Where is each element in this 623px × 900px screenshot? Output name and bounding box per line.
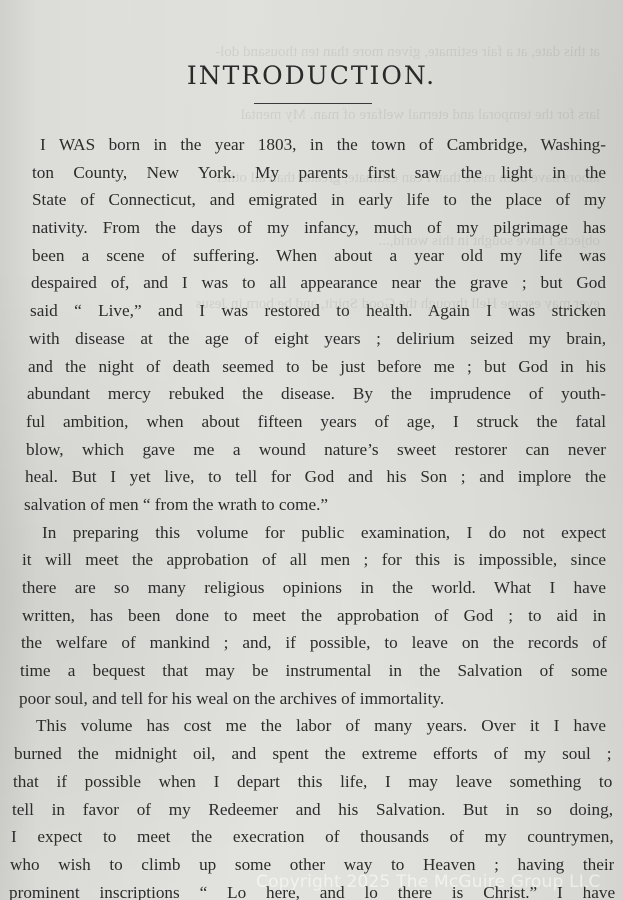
text-line: salvation of men “ from the wrath to com… [24,491,606,519]
page-title: INTRODUCTION. [0,61,623,90]
text-line: nativity. From the days of my infancy, m… [32,214,606,242]
text-line: written, has been done to meet the appro… [22,602,606,630]
text-line: State of Connecticut, and emigrated in e… [32,186,606,214]
text-line: blow, which gave me a wound nature’s swe… [26,436,606,464]
text-line: burned the midnight oil, and spent the e… [14,740,612,768]
text-line: heal. But I yet live, to tell for God an… [25,463,606,491]
text-line: been a scene of suffering. When about a … [32,242,606,270]
text-line: poor soul, and tell for his weal on the … [19,685,608,713]
text-line: it will meet the approbation of all men … [22,546,606,574]
text-line: I WAS born in the year 1803, in the town… [40,131,606,159]
text-line: abundant mercy rebuked the disease. By t… [27,380,606,408]
body-text: I WAS born in the year 1803, in the town… [22,131,606,900]
text-line: there are so many religious opinions in … [22,574,606,602]
title-divider [254,103,372,104]
text-line: time a bequest that may be instrumental … [20,657,607,685]
text-line: with disease at the age of eight years ;… [29,325,606,353]
text-line: I expect to meet the execration of thous… [11,823,614,851]
paragraph: In preparing this volume for public exam… [22,519,606,713]
text-line: This volume has cost me the labor of man… [36,712,606,740]
copyright-watermark: Copyright 2025 The McGuire Group LLC [256,872,601,892]
text-line: ton County, New York. My parents first s… [32,159,606,187]
text-line: ful ambition, when about fifteen years o… [26,408,606,436]
text-line: In preparing this volume for public exam… [42,519,606,547]
bleed-line: lars for the temporal and eternal welfar… [120,105,600,126]
text-line: despaired of, and I was to all appearanc… [31,269,606,297]
text-line: and the night of death seemed to be just… [28,353,606,381]
text-line: the welfare of mankind ; and, if possibl… [21,629,607,657]
text-line: tell in favor of my Redeemer and his Sal… [12,796,613,824]
text-line: said “ Live,” and I was restored to heal… [30,297,606,325]
text-line: that if possible when I depart this life… [13,768,612,796]
paragraph: I WAS born in the year 1803, in the town… [22,131,606,519]
